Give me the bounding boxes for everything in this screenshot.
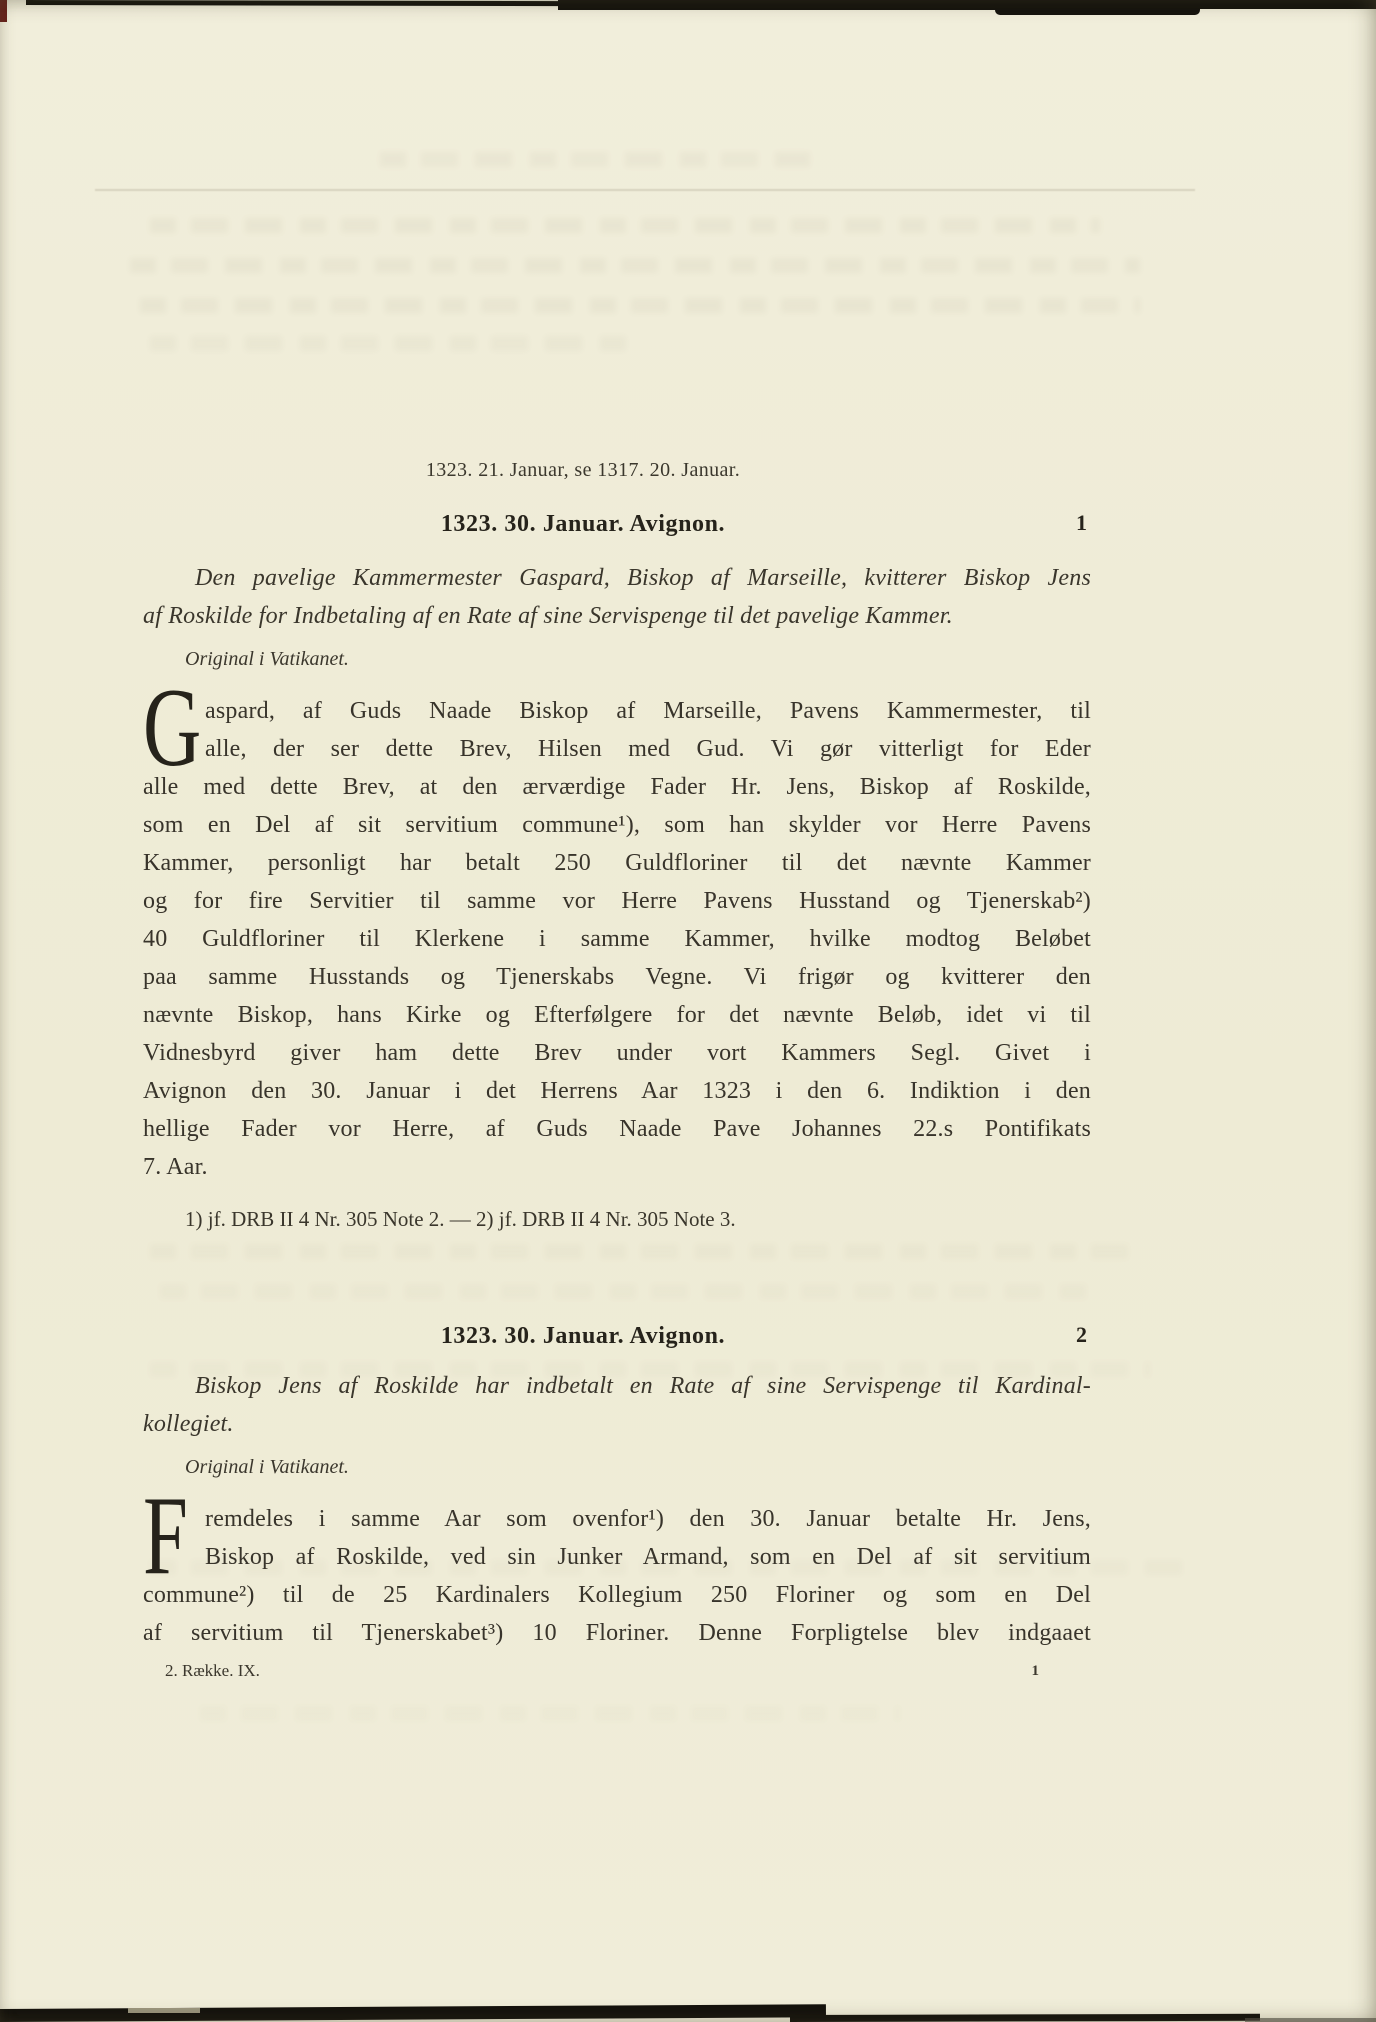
summary-line: Den pavelige Kammermester Gaspard, Bisko… <box>143 559 1091 597</box>
body-line: paa samme Husstands og Tjenerskabs Vegne… <box>143 958 1091 996</box>
source-note: Original i Vatikanet. <box>143 647 1091 672</box>
source-note: Original i Vatikanet. <box>143 1455 1091 1480</box>
body-line: commune²) til de 25 Kardinalers Kollegiu… <box>143 1576 1091 1614</box>
drop-cap: G <box>143 692 188 766</box>
scan-edge-bottom <box>128 2008 200 2013</box>
scan-edge-top <box>1192 0 1376 9</box>
body-line: aspard, af Guds Naade Biskop af Marseill… <box>143 692 1091 730</box>
entry-number: 2 <box>1076 1322 1087 1348</box>
scan-edge-bottom <box>1245 2018 1376 2022</box>
body-line: alle, der ser dette Brev, Hilsen med Gud… <box>143 730 1091 768</box>
body-line: Avignon den 30. Januar i det Herrens Aar… <box>143 1072 1091 1110</box>
scan-edge-bottom <box>790 2014 1260 2022</box>
summary-line: Biskop Jens af Roskilde har indbetalt en… <box>143 1367 1091 1405</box>
entry-heading-row: 1323. 30. Januar. Avignon. 1 <box>143 509 1091 539</box>
body-line: og for fire Servitier til samme vor Herr… <box>143 882 1091 920</box>
sheet-number: 1 <box>1032 1660 1040 1682</box>
scan-edge-bottom <box>0 2004 826 2022</box>
body-line: af servitium til Tjenerskabet³) 10 Flori… <box>143 1614 1091 1652</box>
body-line: Biskop af Roskilde, ved sin Junker Arman… <box>143 1538 1091 1576</box>
scan-corner-mark <box>0 0 7 22</box>
entry-number: 1 <box>1076 510 1087 536</box>
page-footer: 2. Række. IX. 1 <box>143 1660 1091 1682</box>
footnote: 1) jf. DRB II 4 Nr. 305 Note 2. — 2) jf.… <box>143 1206 1091 1233</box>
series-signature: 2. Række. IX. <box>143 1660 1091 1682</box>
document-entry-2: 1323. 30. Januar. Avignon. 2 Biskop Jens… <box>143 1321 1091 1652</box>
cross-reference-note: 1323. 21. Januar, se 1317. 20. Januar. <box>143 458 1023 483</box>
summary-line: af Roskilde for Indbetaling af en Rate a… <box>143 597 1091 635</box>
entry-body: G aspard, af Guds Naade Biskop af Marsei… <box>143 692 1091 1186</box>
text-column: 1323. 21. Januar, se 1317. 20. Januar. 1… <box>143 0 1091 1682</box>
entry-body: F remdeles i samme Aar som ovenfor¹) den… <box>143 1500 1091 1652</box>
body-line: nævnte Biskop, hans Kirke og Efterfølger… <box>143 996 1091 1034</box>
document-entry-1: 1323. 30. Januar. Avignon. 1 Den pavelig… <box>143 509 1091 1233</box>
body-line: 40 Guldfloriner til Klerkene i samme Kam… <box>143 920 1091 958</box>
body-line: 7. Aar. <box>143 1148 1091 1186</box>
body-line: Vidnesbyrd giver ham dette Brev under vo… <box>143 1034 1091 1072</box>
entry-summary: Den pavelige Kammermester Gaspard, Bisko… <box>143 559 1091 635</box>
body-line: alle med dette Brev, at den ærværdige Fa… <box>143 768 1091 806</box>
body-line: som en Del af sit servitium commune¹), s… <box>143 806 1091 844</box>
body-line: Kammer, personligt har betalt 250 Guldfl… <box>143 844 1091 882</box>
scanned-book-page: 1323. 21. Januar, se 1317. 20. Januar. 1… <box>0 0 1376 2022</box>
entry-heading-row: 1323. 30. Januar. Avignon. 2 <box>143 1321 1091 1351</box>
summary-line: kollegiet. <box>143 1405 1091 1443</box>
bleed-through-text <box>200 1706 900 1721</box>
drop-cap: F <box>143 1500 188 1574</box>
entry-heading: 1323. 30. Januar. Avignon. <box>143 509 1023 539</box>
entry-heading: 1323. 30. Januar. Avignon. <box>143 1321 1023 1351</box>
entry-summary: Biskop Jens af Roskilde har indbetalt en… <box>143 1367 1091 1443</box>
body-line: hellige Fader vor Herre, af Guds Naade P… <box>143 1110 1091 1148</box>
body-line: remdeles i samme Aar som ovenfor¹) den 3… <box>143 1500 1091 1538</box>
